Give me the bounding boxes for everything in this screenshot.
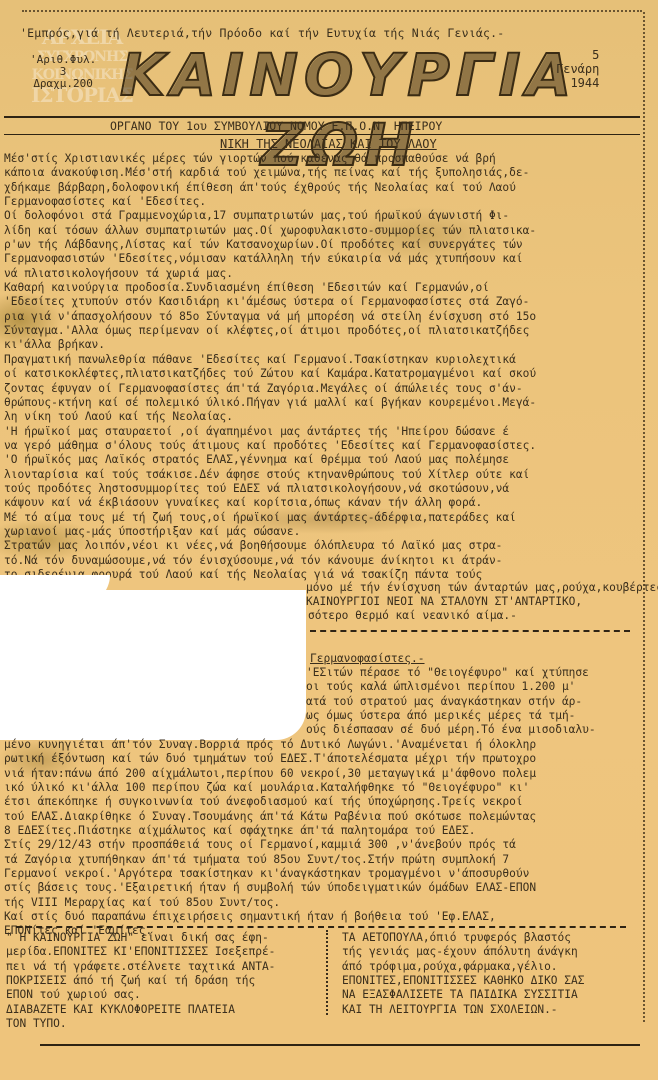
torn-area bbox=[0, 590, 306, 740]
text-line: κι'άλλα βρήκαν. bbox=[4, 338, 644, 352]
section-partial-lines: 'ΕΣιτών πέρασε τό "Θειογέφυρο" καί χτύπη… bbox=[306, 666, 596, 738]
text-line: 'Ο ήρωϊκός μας Λαϊκός στρατός ΕΛΑΣ,γέννη… bbox=[4, 453, 644, 467]
text-line: Καί στίς δυό παραπάνω έπιχειρήσεις σημαν… bbox=[4, 910, 644, 924]
text-line: Γερμανοί νεκροί.'Αργότερα τσακίστηκαν κι… bbox=[4, 867, 644, 881]
text-line: μένο κυνηγιέται άπ'τόν Συναγ.Βορριά πρός… bbox=[4, 738, 644, 752]
text-line: οι τούς καλά ώπλισμένοι περίπου 1.200 μ' bbox=[306, 680, 596, 694]
section-body: μένο κυνηγιέται άπ'τόν Συναγ.Βορριά πρός… bbox=[4, 738, 644, 939]
text-line: τά Ζαγόρια χτυπήθηκαν άπ'τά τμήματα τού … bbox=[4, 853, 644, 867]
text-line: έτσι άπεκόπηκε ή συγκοινωνία τού άνεφοδι… bbox=[4, 795, 644, 809]
text-line: 'Η ήρωϊκοί μας σταυραετοί ,οί άγαπημένοι… bbox=[4, 425, 644, 439]
masthead-rule bbox=[4, 116, 640, 118]
text-line: χδήκαμε βάρβαρη,δολοφονική έπίθεση άπ'το… bbox=[4, 181, 644, 195]
text-line: να γερό μάθημα σ'όλους τούς άτιμους καί … bbox=[4, 439, 644, 453]
text-line: ΠΟΚΡΙΣΕΙΣ άπό τή ζωή καί τή δράση τής bbox=[6, 974, 275, 988]
date-month: Γενάρη bbox=[556, 62, 599, 76]
date-year: 1944 bbox=[556, 76, 599, 90]
text-line: Πραγματική πανωλεθρία πάθανε 'Εδεσίτες κ… bbox=[4, 353, 644, 367]
organ-line: ΟΡΓΑΝΟ ΤΟΥ 1ου ΣΥΜΒΟΥΛΙΟΥ ΝΟΜΟΥ Ε.Π.Ο.Ν.… bbox=[110, 119, 442, 133]
text-line: πει νά τή γράφετε.στέλνετε ταχτικά ΑΝΤΑ- bbox=[6, 960, 275, 974]
text-line: άπό τρόφιμα,ρούχα,φάρμακα,γέλιο. bbox=[342, 960, 584, 974]
issue-info: 'Αριθ.Φυλ. 3 Δραχμ.200 bbox=[30, 54, 96, 90]
text-line: ούς διέσπασαν σέ δυό μέρη.Τό ένα μισοδια… bbox=[306, 723, 596, 737]
text-line: τό.Νά τόν δυναμώσουμε,νά τόν ένισχύσουμε… bbox=[4, 554, 644, 568]
text-line: στίς βάσεις τους.'Εξαιρετική ήταν ή συμβ… bbox=[4, 881, 644, 895]
newspaper-page: ΑΡΧΕΙΑ ΣΥΓΧΡΟΝΗΣ ΚΟΙΝΩΝΙΚΗΣ ΙΣΤΟΡΙΑΣ 'Εμ… bbox=[0, 0, 658, 1080]
text-line: μερίδα.ΕΠΟΝΙΤΕΣ ΚΙ'ΕΠΟΝΙΤΙΣΣΕΣ Ισεξεπρέ- bbox=[6, 945, 275, 959]
text-line: Γερμανοφασιστών 'Εδεσίτες,νόμισαν κατάλλ… bbox=[4, 252, 644, 266]
motto: 'Εμπρός,γιά τή Λευτεριά,τήν Πρόοδο καί τ… bbox=[20, 26, 504, 40]
text-line: ικό ύλικό κι'άλλα 100 περίπου ζώα καί μο… bbox=[4, 781, 644, 795]
text-line: τού ΕΛΑΣ.Διακρίθηκε ό Συναγ.Τσουμάνης άπ… bbox=[4, 810, 644, 824]
text-line: Γερμανοφασίστες καί 'Εδεσίτες. bbox=[4, 195, 644, 209]
left-notice-box: " Η ΚΑΙΝΟΥΡΓΙΑ ΖΩΗ" είναι δική σας έφη-μ… bbox=[6, 931, 275, 1031]
text-line: ΤΟΝ ΤΥΠΟ. bbox=[6, 1017, 275, 1031]
text-line: ρωτική έξόντωση καί τών δυό τμημάτων τού… bbox=[4, 752, 644, 766]
organ-rule bbox=[4, 134, 640, 135]
text-line: Καθαρή καινούργια προδοσία.Συνδιασμένη έ… bbox=[4, 281, 644, 295]
issue-date: 5 Γενάρη 1944 bbox=[556, 48, 599, 90]
text-line: τούς προδότες ληστοσυμμορίτες τού ΕΔΕΣ ν… bbox=[4, 482, 644, 496]
text-line: χωριανοί μας-μάς ύποστήριξαν καί μάς σώσ… bbox=[4, 525, 644, 539]
text-line: κάψουν καί νά έκβιάσουν γυναίκες καί κορ… bbox=[4, 496, 644, 510]
text-line: Μέ τό αίμα τους μέ τή ζωή τους,οί ήρωϊκο… bbox=[4, 511, 644, 525]
date-day: 5 bbox=[556, 48, 599, 62]
text-line: Μέσ'στίς Χριστιανικές μέρες τών γιορτών … bbox=[4, 152, 644, 166]
text-line: ΤΑ ΑΕΤΟΠΟΥΛΑ,όπιό τρυφερός βλαστός bbox=[342, 931, 584, 945]
text-line: ρια γιά ν'άπασχολήσουν τό 85ο Σύνταγμα ν… bbox=[4, 310, 644, 324]
price: Δραχμ.200 bbox=[30, 78, 96, 90]
text-line: ΕΠΟΝΙΤΕΣ,ΕΠΟΝΙΤΙΣΣΕΣ ΚΑΘΗΚΟ ΔΙΚΟ ΣΑΣ bbox=[342, 974, 584, 988]
text-line: ΔΙΑΒΑΖΕΤΕ ΚΑΙ ΚΥΚΛΟΦΟΡΕΙΤΕ ΠΛΑΤΕΙΑ bbox=[6, 1003, 275, 1017]
text-line: τής VIII Μεραρχίας καί τού 85ου Συντ/τος… bbox=[4, 896, 644, 910]
text-line: θρώπους-κτήνη καί σέ πολεμικό ύλικό.Πήγα… bbox=[4, 396, 644, 410]
text-line: ατά τού στρατού μας άναγκάστηκαν στήν άρ… bbox=[306, 695, 596, 709]
column-divider bbox=[326, 930, 328, 1015]
text-line: ως όμως ύστερα άπό μερικές μέρες τά τμή- bbox=[306, 709, 596, 723]
fragment-line: μόνο μέ τήν ένίσχυση τών άνταρτών μας,ρο… bbox=[306, 581, 658, 595]
top-dotted-border bbox=[22, 10, 642, 12]
text-line: Σύνταγμα.'Αλλα όμως περίμεναν οί κλέφτες… bbox=[4, 324, 644, 338]
text-line: λίδη καί τόσων άλλων συμπατριωτών μας.Οί… bbox=[4, 224, 644, 238]
fragment-line: ΚΑΙΝΟΥΡΓΙΟΙ ΝΕΟΙ ΝΑ ΣΤΑΛΟΥΝ ΣΤ'ΑΝΤΑΡΤΙΚΟ… bbox=[306, 595, 582, 609]
text-line: 'Εδεσίτες χτυπούν στόν Κασιδιάρη κι'άμέσ… bbox=[4, 295, 644, 309]
text-line: 8 ΕΔΕΣίτες.Πιάστηκε αίχμάλωτος καί σφάχτ… bbox=[4, 824, 644, 838]
text-line: νά πλιατσικολογήσουν τά χωριά μας. bbox=[4, 267, 644, 281]
text-line: ζοντας έφυγαν οί Γερμανοφασίστες άπ'τά Ζ… bbox=[4, 382, 644, 396]
text-line: 'ΕΣιτών πέρασε τό "Θειογέφυρο" καί χτύπη… bbox=[306, 666, 596, 680]
fragment-line: σότερο θερμό καί νεανικό αίμα.- bbox=[308, 609, 517, 623]
article-headline: ΝΙΚΗ ΤΗΣ ΝΕΟΛΑΙΑΣ ΚΑΙ ΤΟΥ ΛΑΟΥ bbox=[220, 137, 437, 151]
text-line: Οί δολοφόνοι στά Γραμμενοχώρια,17 συμπατ… bbox=[4, 209, 644, 223]
text-line: " Η ΚΑΙΝΟΥΡΓΙΑ ΖΩΗ" είναι δική σας έφη- bbox=[6, 931, 275, 945]
text-line: ΝΑ ΕΞΑΣΦΑΛΙΣΕΤΕ ΤΑ ΠΑΙΔΙΚΑ ΣΥΣΣΙΤΙΑ bbox=[342, 988, 584, 1002]
box-divider bbox=[16, 926, 626, 928]
text-line: Στρατών μας λοιπόν,νέοι κι νέες,νά βοηθή… bbox=[4, 539, 644, 553]
text-line: Στίς 29/12/43 στήν προσπάθειά τους οί Γε… bbox=[4, 838, 644, 852]
text-line: νιά ήταν:πάνω άπό 200 αίχμάλωτοι,περίπου… bbox=[4, 767, 644, 781]
text-line: ΚΑΙ ΤΗ ΛΕΙΤΟΥΡΓΙΑ ΤΩΝ ΣΧΟΛΕΙΩΝ.- bbox=[342, 1003, 584, 1017]
section-divider bbox=[310, 630, 630, 632]
text-line: κάποια άνακούφιση.Μέσ'στή καρδιά τού χει… bbox=[4, 166, 644, 180]
section-heading: Γερμανοφασίστες.- bbox=[310, 652, 425, 666]
text-line: λη νίκη τού Λαού καί τής Νεολαίας. bbox=[4, 410, 644, 424]
text-line: ρ'ων τής Λάβδανης,Λίστας καί τών Κατσανο… bbox=[4, 238, 644, 252]
bottom-rule bbox=[40, 1044, 640, 1046]
text-line: οί κατσικοκλέφτες,πλιατσικατζήδες τού Ζώ… bbox=[4, 367, 644, 381]
right-notice-box: ΤΑ ΑΕΤΟΠΟΥΛΑ,όπιό τρυφερός βλαστόςτής γε… bbox=[342, 931, 584, 1017]
article-body: Μέσ'στίς Χριστιανικές μέρες τών γιορτών … bbox=[4, 152, 644, 597]
text-line: ΕΠΟΝ τού χωριού σας. bbox=[6, 988, 275, 1002]
text-line: λιονταρίσια καί τούς τσάκισε.Δέν άφησε σ… bbox=[4, 468, 644, 482]
text-line: τής γενιάς μας-έχουν άπόλυτη άνάγκη bbox=[342, 945, 584, 959]
